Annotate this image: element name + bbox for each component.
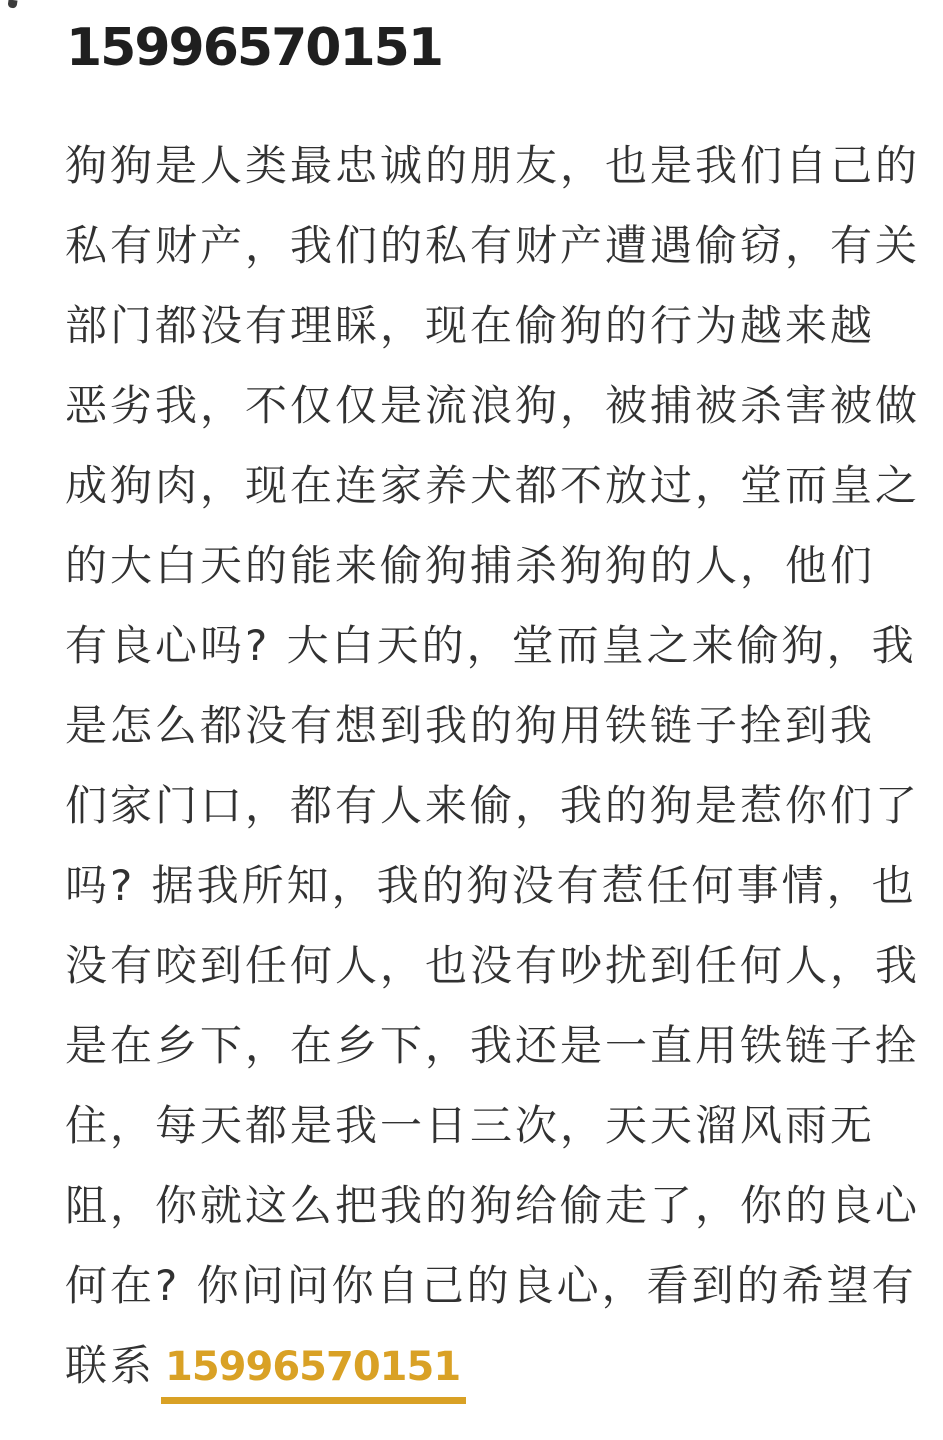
body-line-5: 成狗肉，现在连家养犬都不放过，堂而皇之 [65,446,895,526]
body-line-15: 何在? 你问问你自己的良心，看到的希望有 [65,1246,895,1326]
body-line-3: 部门都没有理睬，现在偷狗的行为越来越 [65,286,895,366]
contact-line: 联系15996570151 [65,1326,895,1406]
body-line-9: 们家门口，都有人来偷，我的狗是惹你们了 [65,766,895,846]
body-line-1: 狗狗是人类最忠诚的朋友，也是我们自己的 [65,126,895,206]
header-phone-number: 15996570151 [66,18,442,78]
body-line-6: 的大白天的能来偷狗捕杀狗狗的人，他们 [65,526,895,606]
contact-label: 联系 [65,1341,155,1390]
body-line-13: 住，每天都是我一日三次，天天溜风雨无 [65,1086,895,1166]
body-line-7: 有良心吗? 大白天的，堂而皇之来偷狗，我 [65,606,895,686]
body-line-4: 恶劣我，不仅仅是流浪狗，被捕被杀害被做 [65,366,895,446]
body-line-10: 吗? 据我所知，我的狗没有惹任何事情，也 [65,846,895,926]
body-line-12: 是在乡下，在乡下，我还是一直用铁链子拴 [65,1006,895,1086]
body-line-2: 私有财产，我们的私有财产遭遇偷窃，有关 [65,206,895,286]
body-line-14: 阻，你就这么把我的狗给偷走了，你的良心 [65,1166,895,1246]
body-line-8: 是怎么都没有想到我的狗用铁链子拴到我 [65,686,895,766]
contact-phone-link[interactable]: 15996570151 [161,1345,466,1404]
ink-smudge [7,0,17,9]
body-line-11: 没有咬到任何人，也没有吵扰到任何人，我 [65,926,895,1006]
document-page: 15996570151 狗狗是人类最忠诚的朋友，也是我们自己的 私有财产，我们的… [0,0,943,1440]
letter-body: 狗狗是人类最忠诚的朋友，也是我们自己的 私有财产，我们的私有财产遭遇偷窃，有关 … [65,126,895,1406]
